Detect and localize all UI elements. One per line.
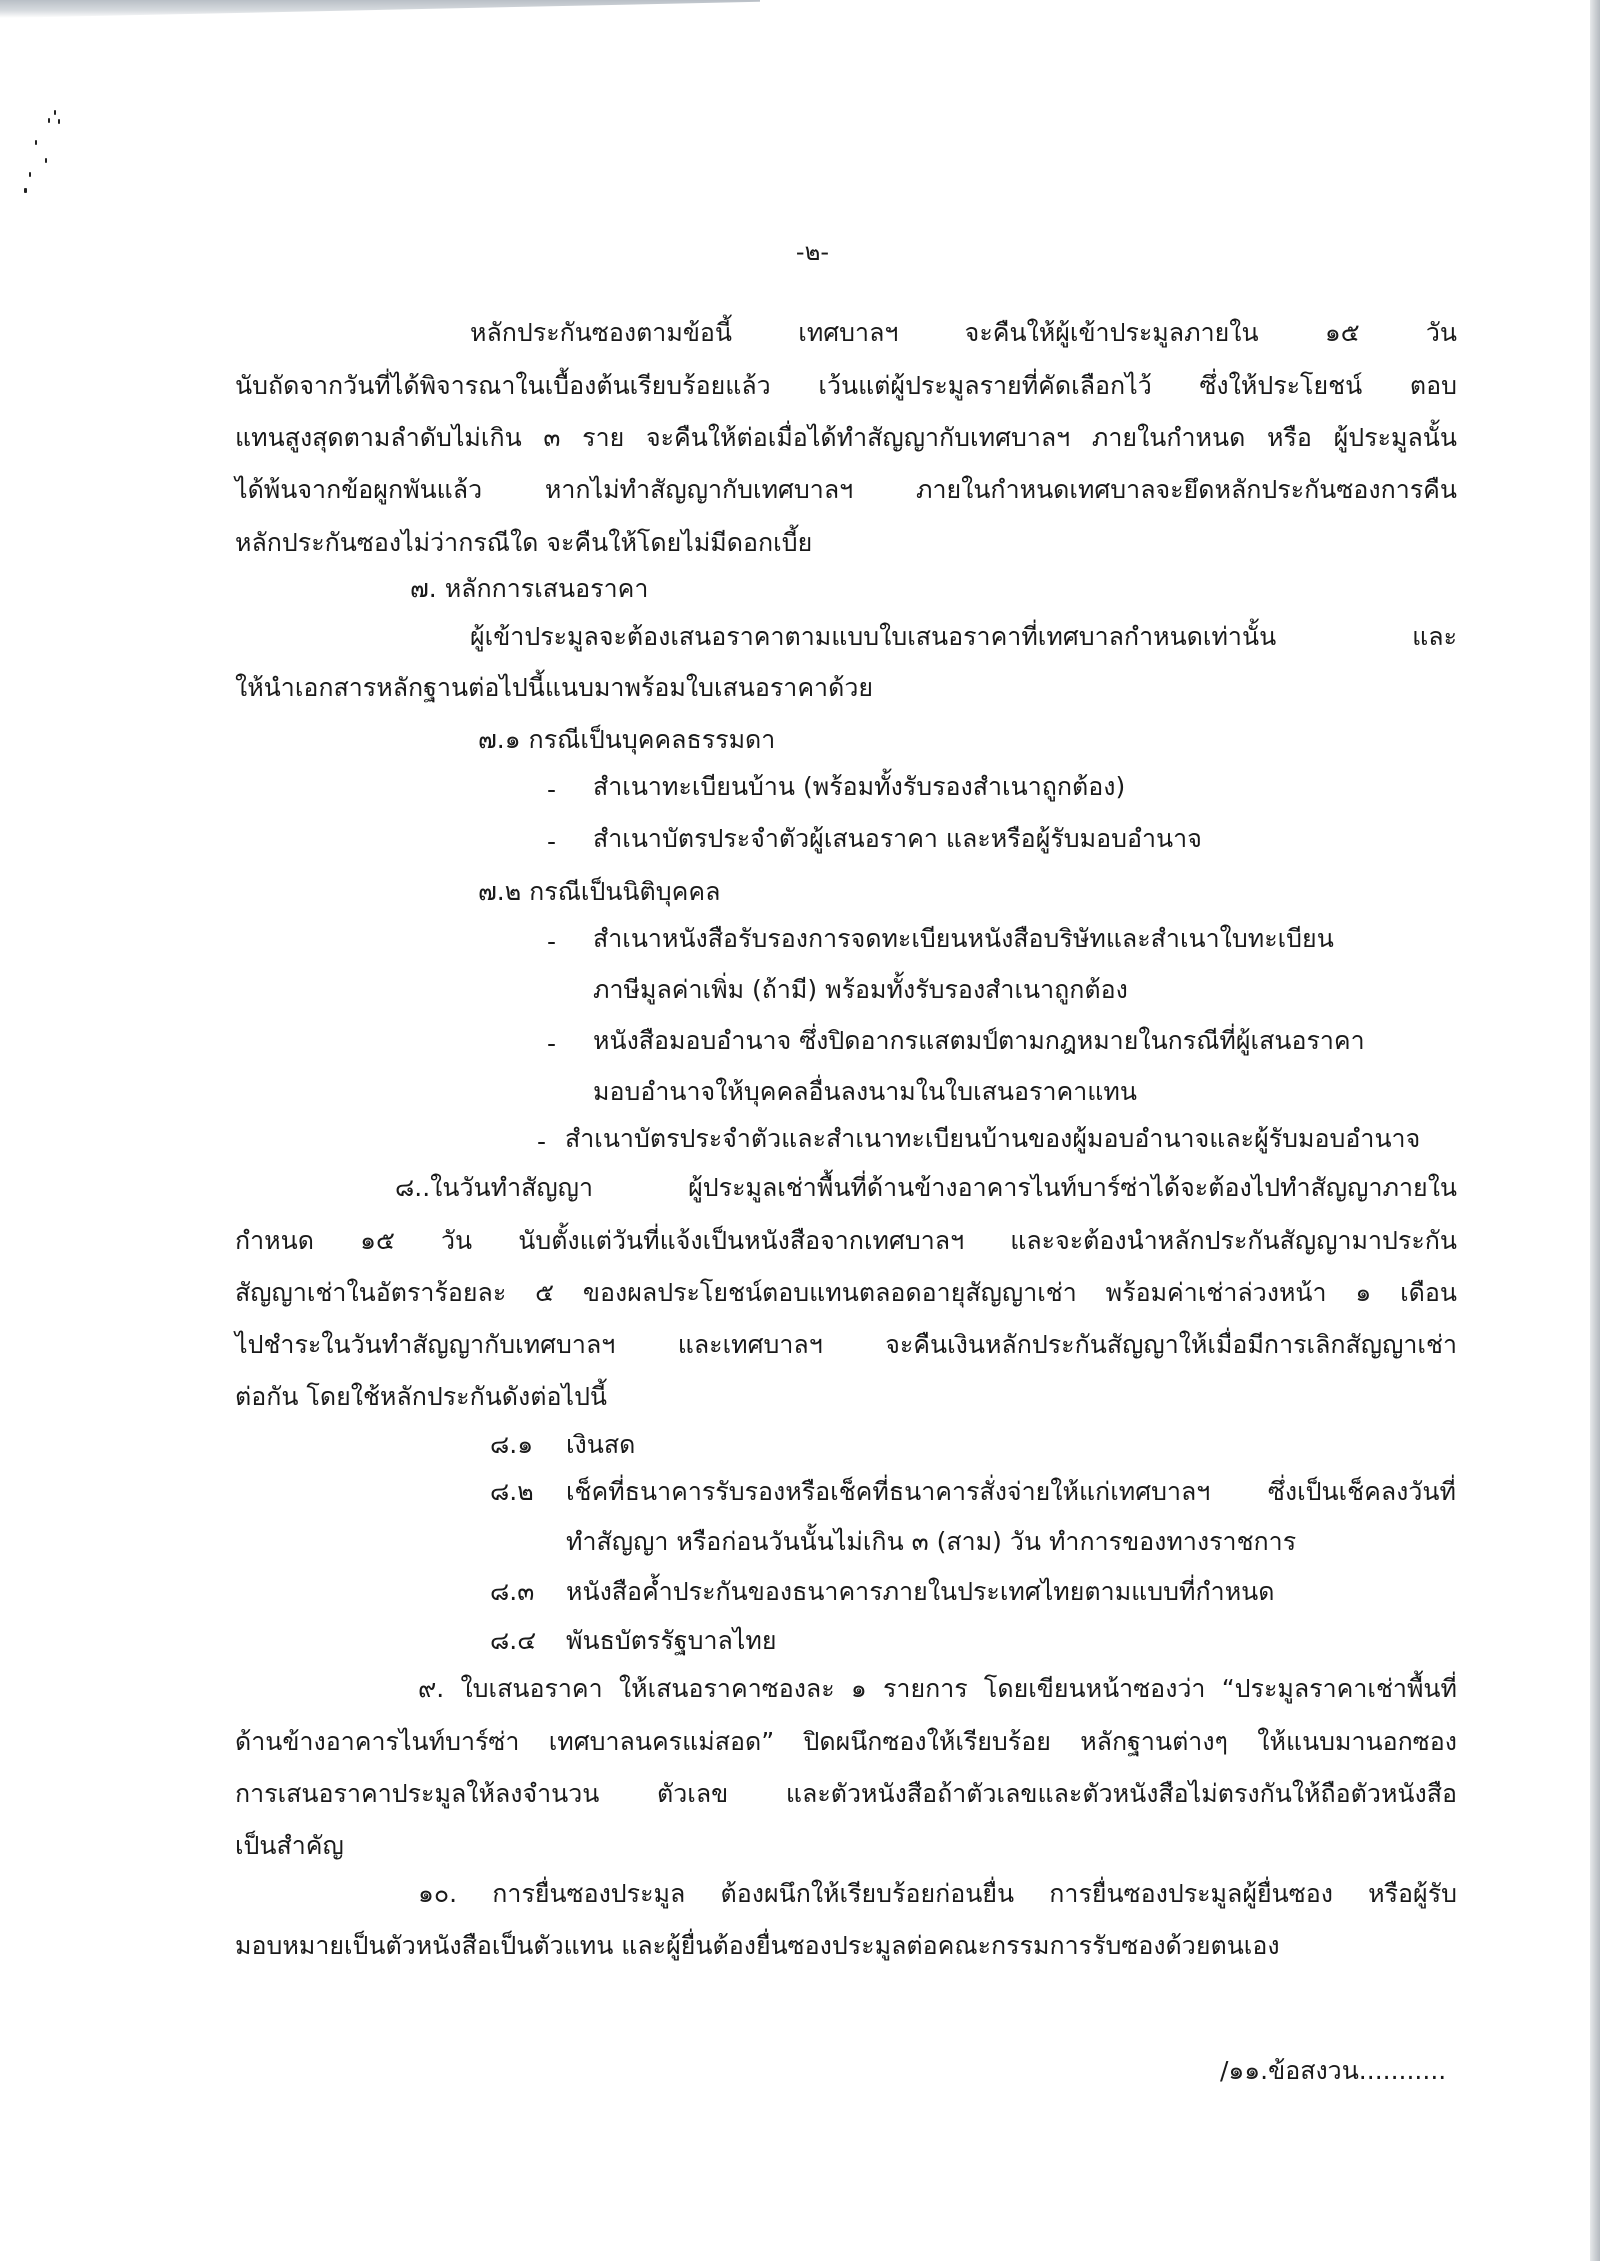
speck	[48, 118, 50, 123]
bullet: -	[537, 1125, 546, 1159]
list-item: เงินสด	[566, 1428, 635, 1462]
paragraph-line: แทนสูงสุดตามลำดับไม่เกิน ๓ ราย จะคืนให้ต…	[235, 421, 1457, 455]
speck	[29, 172, 31, 177]
speck	[54, 110, 56, 115]
list-item: เช็คที่ธนาคารรับรองหรือเช็คที่ธนาคารสั่ง…	[566, 1475, 1456, 1509]
list-item: หนังสือค้ำประกันของธนาคารภายในประเทศไทยต…	[566, 1575, 1275, 1609]
list-item: สำเนาหนังสือรับรองการจดทะเบียนหนังสือบริ…	[593, 922, 1334, 956]
bullet: -	[547, 925, 556, 959]
list-item-continued: ภาษีมูลค่าเพิ่ม (ถ้ามี) พร้อมทั้งรับรองส…	[593, 973, 1128, 1007]
bullet: -	[547, 773, 556, 807]
list-item: สำเนาทะเบียนบ้าน (พร้อมทั้งรับรองสำเนาถู…	[593, 770, 1125, 804]
paragraph-line: ๑๐. การยื่นซองประมูล ต้องผนึกให้เรียบร้อ…	[418, 1877, 1457, 1911]
subsection-heading: ๗.๒ กรณีเป็นนิติบุคคล	[478, 875, 720, 909]
paragraph-line: ผู้เข้าประมูลจะต้องเสนอราคาตามแบบใบเสนอร…	[470, 620, 1457, 654]
paragraph-line: ๙. ใบเสนอราคา ให้เสนอราคาซองละ ๑ รายการ …	[418, 1672, 1457, 1706]
item-number: ๘.๒	[490, 1475, 534, 1509]
paragraph-line: กำหนด ๑๕ วัน นับตั้งแต่วันที่แจ้งเป็นหนั…	[235, 1224, 1457, 1258]
paragraph-line: การเสนอราคาประมูลให้ลงจำนวน ตัวเลข และตั…	[235, 1777, 1457, 1811]
list-item: หนังสือมอบอำนาจ ซึ่งปิดอากรแสตมป์ตามกฎหม…	[593, 1024, 1365, 1058]
list-item-continued: ทำสัญญา หรือก่อนวันนั้นไม่เกิน ๓ (สาม) ว…	[566, 1525, 1296, 1559]
paragraph-line: หลักประกันซองตามข้อนี้ เทศบาลฯ จะคืนให้ผ…	[470, 316, 1457, 350]
item-number: ๘.๓	[490, 1575, 534, 1609]
paragraph-line: เป็นสำคัญ	[235, 1829, 344, 1863]
paragraph-line: ได้พ้นจากข้อผูกพันแล้ว หากไม่ทำสัญญากับเ…	[235, 473, 1457, 507]
bullet: -	[547, 1027, 556, 1061]
paragraph-line: ให้นำเอกสารหลักฐานต่อไปนี้แนบมาพร้อมใบเส…	[235, 671, 873, 705]
speck	[25, 188, 27, 193]
subsection-heading: ๗.๑ กรณีเป็นบุคคลธรรมดา	[478, 723, 775, 757]
list-item: สำเนาบัตรประจำตัวผู้เสนอราคา และหรือผู้ร…	[593, 822, 1202, 856]
paragraph-line: ๘..ในวันทำสัญญา ผู้ประมูลเช่าพื้นที่ด้าน…	[395, 1171, 1457, 1205]
scan-edge-right	[1590, 0, 1600, 2261]
list-item-continued: มอบอำนาจให้บุคคลอื่นลงนามในใบเสนอราคาแทน	[593, 1075, 1137, 1109]
list-item: สำเนาบัตรประจำตัวและสำเนาทะเบียนบ้านของผ…	[565, 1122, 1420, 1156]
page-number: -๒-	[0, 232, 1600, 271]
bullet: -	[547, 825, 556, 859]
paragraph-line: สัญญาเช่าในอัตราร้อยละ ๕ ของผลประโยชน์ตอ…	[235, 1276, 1457, 1310]
paragraph-line: ต่อกัน โดยใช้หลักประกันดังต่อไปนี้	[235, 1380, 607, 1414]
section-heading: ๗. หลักการเสนอราคา	[410, 572, 648, 606]
paragraph-line: ด้านข้างอาคารไนท์บาร์ซ่า เทศบาลนครแม่สอด…	[235, 1725, 1457, 1759]
scan-shadow-top	[0, 0, 760, 18]
item-number: ๘.๔	[490, 1624, 536, 1658]
item-number: ๘.๑	[490, 1428, 533, 1462]
continuation-reference: /๑๑.ข้อสงวน...........	[1220, 2051, 1446, 2091]
list-item: พันธบัตรรัฐบาลไทย	[566, 1624, 777, 1658]
paragraph-line: มอบหมายเป็นตัวหนังสือเป็นตัวแทน และผู้ยื…	[235, 1929, 1280, 1963]
speck	[58, 119, 60, 124]
speck	[35, 140, 37, 145]
paragraph-line: หลักประกันซองไม่ว่ากรณีใด จะคืนให้โดยไม่…	[235, 526, 812, 560]
paragraph-line: นับถัดจากวันที่ได้พิจารณาในเบื้องต้นเรีย…	[235, 369, 1457, 403]
speck	[45, 158, 47, 163]
paragraph-line: ไปชำระในวันทำสัญญากับเทศบาลฯ และเทศบาลฯ …	[235, 1328, 1457, 1362]
